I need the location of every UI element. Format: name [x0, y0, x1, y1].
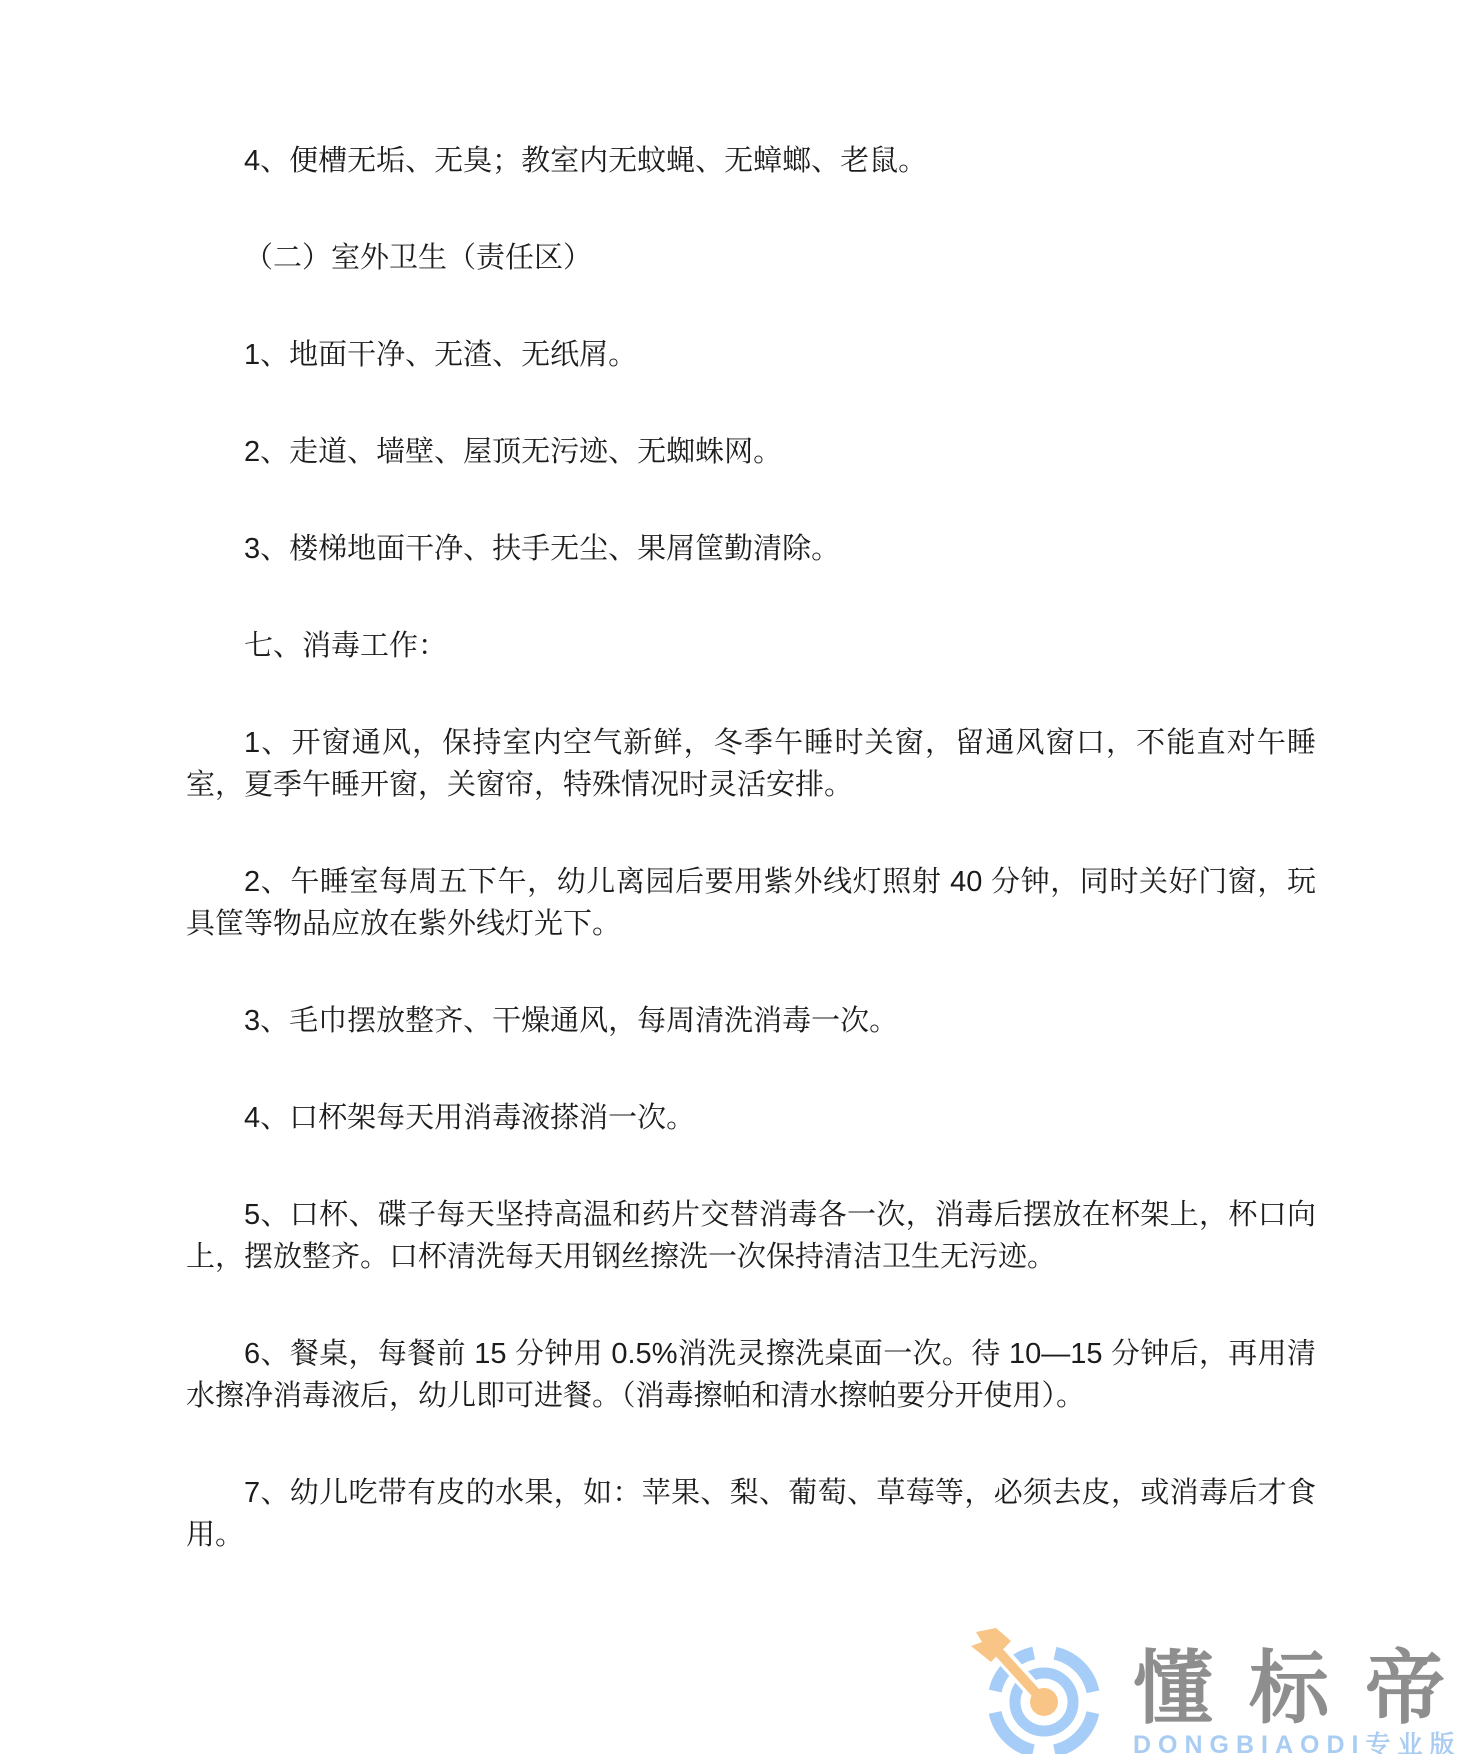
arrow-head-knob: [1030, 1688, 1058, 1716]
watermark-title: 懂标帝: [1133, 1649, 1477, 1729]
paragraph: 4、口杯架每天用消毒液搽消一次。: [186, 1097, 1316, 1139]
paragraph: 1、开窗通风，保持室内空气新鲜，冬季午睡时关窗，留通风窗口，不能直对午睡室，夏季…: [186, 722, 1316, 806]
paragraph: 3、楼梯地面干净、扶手无尘、果屑筐勤清除。: [186, 528, 1316, 570]
paragraph: 5、口杯、碟子每天坚持高温和药片交替消毒各一次，消毒后摆放在杯架上，杯口向上，摆…: [186, 1194, 1316, 1278]
paragraph: （二）室外卫生（责任区）: [186, 237, 1316, 279]
paragraph: 7、幼儿吃带有皮的水果，如：苹果、梨、葡萄、草莓等，必须去皮，或消毒后才食用。: [186, 1472, 1316, 1556]
watermark-subtitle: DONGBIAODI专业版: [1133, 1733, 1477, 1754]
paragraph: 4、便槽无垢、无臭；教室内无蚊蝇、无蟑螂、老鼠。: [186, 140, 1316, 182]
paragraph: 3、毛巾摆放整齐、干燥通风，每周清洗消毒一次。: [186, 1000, 1316, 1042]
document-body: 4、便槽无垢、无臭；教室内无蚊蝇、无蟑螂、老鼠。（二）室外卫生（责任区）1、地面…: [186, 140, 1316, 1611]
watermark: 懂标帝 DONGBIAODI专业版: [965, 1625, 1477, 1754]
paragraph: 1、地面干净、无渣、无纸屑。: [186, 334, 1316, 376]
target-arrow-icon: [965, 1625, 1110, 1754]
paragraph: 2、午睡室每周五下午，幼儿离园后要用紫外线灯照射 40 分钟，同时关好门窗，玩具…: [186, 861, 1316, 945]
document-page: { "page": { "background": "#ffffff", "te…: [0, 0, 1477, 1754]
watermark-text: 懂标帝 DONGBIAODI专业版: [1133, 1649, 1477, 1754]
paragraph: 6、餐桌，每餐前 15 分钟用 0.5%消洗灵擦洗桌面一次。待 10—15 分钟…: [186, 1333, 1316, 1417]
paragraph: 七、消毒工作：: [186, 625, 1316, 667]
paragraph: 2、走道、墙壁、屋顶无污迹、无蜘蛛网。: [186, 431, 1316, 473]
